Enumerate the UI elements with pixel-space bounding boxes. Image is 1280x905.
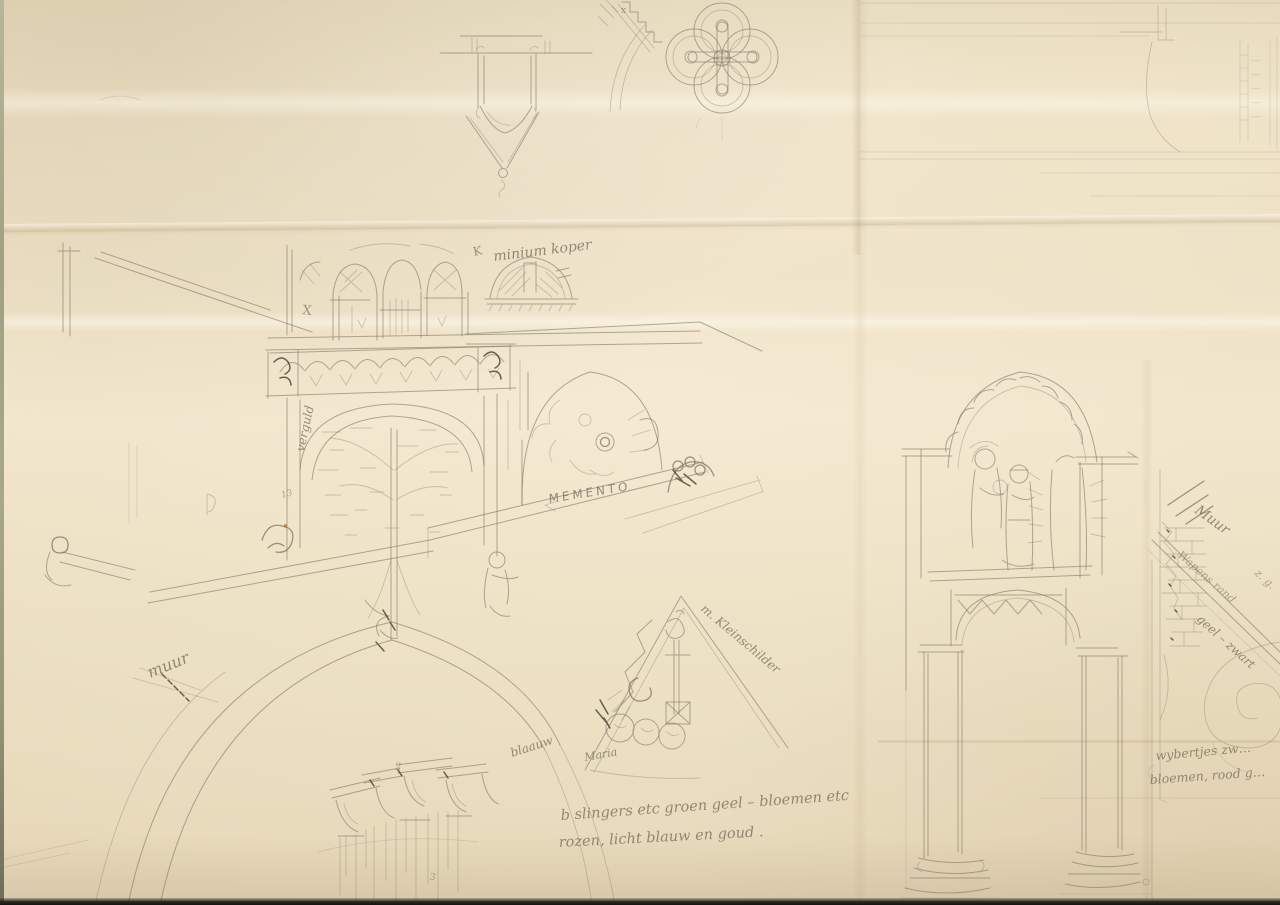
sketch-apse-plan (100, 3, 1280, 196)
pencil-sketch-layer: K minium koper X x verguld MEMENTO muur … (0, 0, 1280, 905)
sketch-quatrefoil (598, 0, 778, 140)
scanned-drawing: K minium koper X x verguld MEMENTO muur … (0, 0, 1280, 905)
sketch-hanging-corbel (440, 36, 592, 197)
annotation-minium: minium koper (493, 237, 594, 265)
annotation-mark-3: 3 (430, 873, 436, 883)
annotation-maria: Maria (582, 745, 618, 764)
annotation-mark-13: 13 (280, 488, 294, 501)
sketch-arch-springer-detail (1147, 470, 1280, 905)
annotation-muur-right: Muur (1191, 502, 1234, 539)
annotation-bottomright-line2: bloemen, rood g… (1149, 764, 1265, 787)
scan-edge-bottom (0, 898, 1280, 905)
annotation-beam-lettering: MEMENTO (548, 479, 630, 506)
orange-fleck (284, 524, 287, 527)
annotation-mark-x: X (302, 303, 314, 319)
annotation-mark-2: 2 (394, 762, 401, 773)
annotation-bottomright-line1: wybertjes zw… (1155, 740, 1252, 763)
annotation-zg-right: z. g. (1251, 566, 1278, 592)
annotation-color-line2: rozen, licht blauw en goud . (558, 824, 763, 851)
annotation-band-right: Wapens rand (1175, 548, 1238, 605)
annotation-mark-x-small: x (621, 6, 626, 16)
annotation-mark-k: K (472, 243, 485, 259)
annotations-layer: K minium koper X x verguld MEMENTO muur … (144, 6, 1278, 883)
annotation-muur-left: muur (144, 647, 193, 681)
scan-edge-left (0, 0, 4, 905)
annotation-verguld: verguld (293, 404, 316, 453)
annotation-color-line1: b slingers etc groen geel – bloemen etc (560, 788, 849, 824)
